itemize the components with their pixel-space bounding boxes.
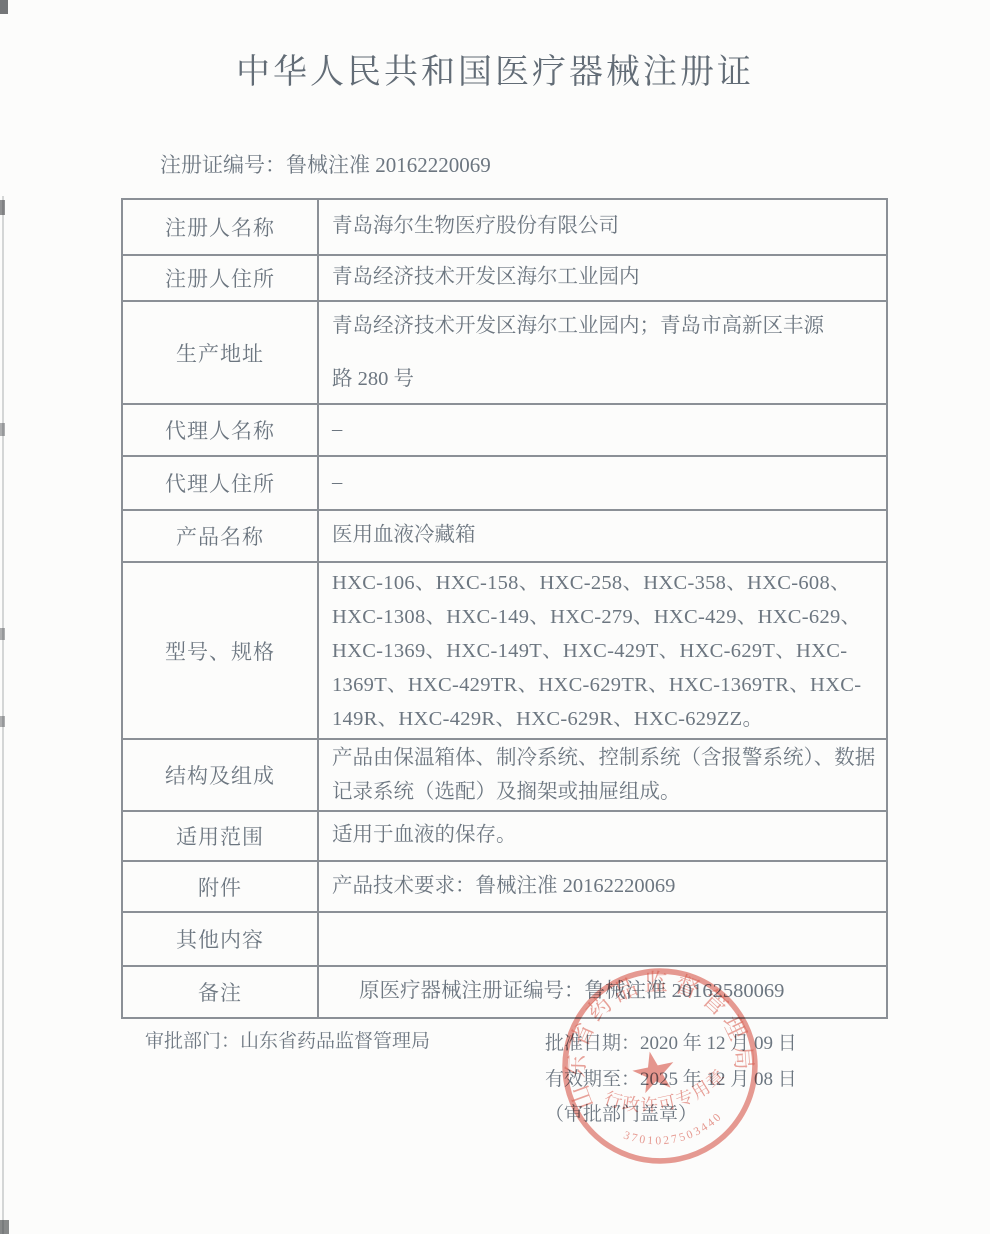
label-text: 代理人名称 [165,415,275,445]
value-text: HXC-106、HXC-158、HXC-258、HXC-358、HXC-608、… [332,566,876,736]
label-text: 生产地址 [176,338,264,368]
table-row-remarks: 备注 原医疗器械注册证编号：鲁械注准 20162580069 [123,965,886,1017]
value-text: 产品由保温箱体、制冷系统、控制系统（含报警系统）、数据记录系统（选配）及搁架或抽… [332,741,876,809]
table-row-model-spec: 型号、规格 HXC-106、HXC-158、HXC-258、HXC-358、HX… [123,561,886,738]
scan-artifact [0,1220,9,1234]
scan-artifact [0,423,5,436]
value-text: 适用于血液的保存。 [332,820,517,852]
label-text: 附件 [198,872,242,902]
label-text: 适用范围 [176,821,264,851]
table-row-structure: 结构及组成 产品由保温箱体、制冷系统、控制系统（含报警系统）、数据记录系统（选配… [123,738,886,810]
table-row-agent-name: 代理人名称 – [123,403,886,455]
certificate-table: 注册人名称 青岛海尔生物医疗股份有限公司 注册人住所 青岛经济技术开发区海尔工业… [121,198,888,1019]
row-label: 附件 [123,862,319,911]
label-text: 型号、规格 [165,636,275,666]
row-value: 青岛海尔生物医疗股份有限公司 [319,200,886,254]
row-label: 备注 [123,967,319,1017]
row-label: 注册人名称 [123,200,319,254]
valid-until-date: 有效期至：2025 年 12 月 08 日 [545,1062,797,1098]
row-label: 代理人住所 [123,457,319,509]
certificate-page: 中华人民共和国医疗器械注册证 注册证编号：鲁械注准 20162220069 注册… [0,0,990,1234]
approval-department: 审批部门：山东省药品监督管理局 [145,1026,430,1053]
label-text: 代理人住所 [165,468,275,498]
row-value: 适用于血液的保存。 [319,812,886,860]
row-value: – [319,405,886,455]
row-label: 代理人名称 [123,405,319,455]
table-row-other: 其他内容 [123,911,886,965]
table-row-registrant-name: 注册人名称 青岛海尔生物医疗股份有限公司 [123,200,886,254]
scan-artifact [0,200,5,215]
row-value: 产品由保温箱体、制冷系统、控制系统（含报警系统）、数据记录系统（选配）及搁架或抽… [319,740,886,810]
row-value: HXC-106、HXC-158、HXC-258、HXC-358、HXC-608、… [319,563,886,738]
row-label: 适用范围 [123,812,319,860]
row-label: 结构及组成 [123,740,319,810]
value-text: 青岛经济技术开发区海尔工业园内；青岛市高新区丰源路 280 号 [332,300,838,406]
table-row-agent-address: 代理人住所 – [123,455,886,509]
row-value: 青岛经济技术开发区海尔工业园内 [319,256,886,300]
label-text: 产品名称 [176,521,264,551]
value-text: 产品技术要求：鲁械注准 20162220069 [332,871,675,903]
value-text: – [332,414,342,446]
value-text: 原医疗器械注册证编号：鲁械注准 20162580069 [359,976,784,1008]
row-label: 产品名称 [123,511,319,561]
label-text: 注册人住所 [165,263,275,293]
row-label: 其他内容 [123,913,319,965]
scan-artifact [0,0,8,14]
row-label: 注册人住所 [123,256,319,300]
table-row-scope: 适用范围 适用于血液的保存。 [123,810,886,860]
approval-date: 批准日期：2020 年 12 月 09 日 [545,1026,797,1062]
table-row-registrant-address: 注册人住所 青岛经济技术开发区海尔工业园内 [123,254,886,300]
scan-artifact [0,716,5,727]
seal-note: （审批部门盖章） [545,1097,797,1133]
row-label: 型号、规格 [123,563,319,738]
value-text: – [332,467,342,499]
footer: 审批部门：山东省药品监督管理局 批准日期：2020 年 12 月 09 日 有效… [0,1016,990,1166]
label-text: 其他内容 [176,924,264,954]
row-value: – [319,457,886,509]
value-text: 青岛海尔生物医疗股份有限公司 [332,211,619,243]
label-text: 结构及组成 [165,760,275,790]
scan-artifact [0,628,5,640]
registration-number-line: 注册证编号：鲁械注准 20162220069 [160,149,990,179]
table-row-attachment: 附件 产品技术要求：鲁械注准 20162220069 [123,860,886,911]
row-label: 生产地址 [123,302,319,403]
row-value: 青岛经济技术开发区海尔工业园内；青岛市高新区丰源路 280 号 [319,302,886,403]
label-text: 备注 [198,977,242,1007]
footer-dates: 批准日期：2020 年 12 月 09 日 有效期至：2025 年 12 月 0… [545,1026,797,1133]
row-value: 医用血液冷藏箱 [319,511,886,561]
row-value [319,913,886,965]
document-title: 中华人民共和国医疗器械注册证 [0,0,990,93]
row-value: 原医疗器械注册证编号：鲁械注准 20162580069 [319,967,886,1017]
table-row-product-name: 产品名称 医用血液冷藏箱 [123,509,886,561]
label-text: 注册人名称 [165,212,275,242]
table-row-production-address: 生产地址 青岛经济技术开发区海尔工业园内；青岛市高新区丰源路 280 号 [123,300,886,403]
value-text: 青岛经济技术开发区海尔工业园内 [332,262,640,294]
value-text: 医用血液冷藏箱 [332,520,476,552]
row-value: 产品技术要求：鲁械注准 20162220069 [319,862,886,911]
